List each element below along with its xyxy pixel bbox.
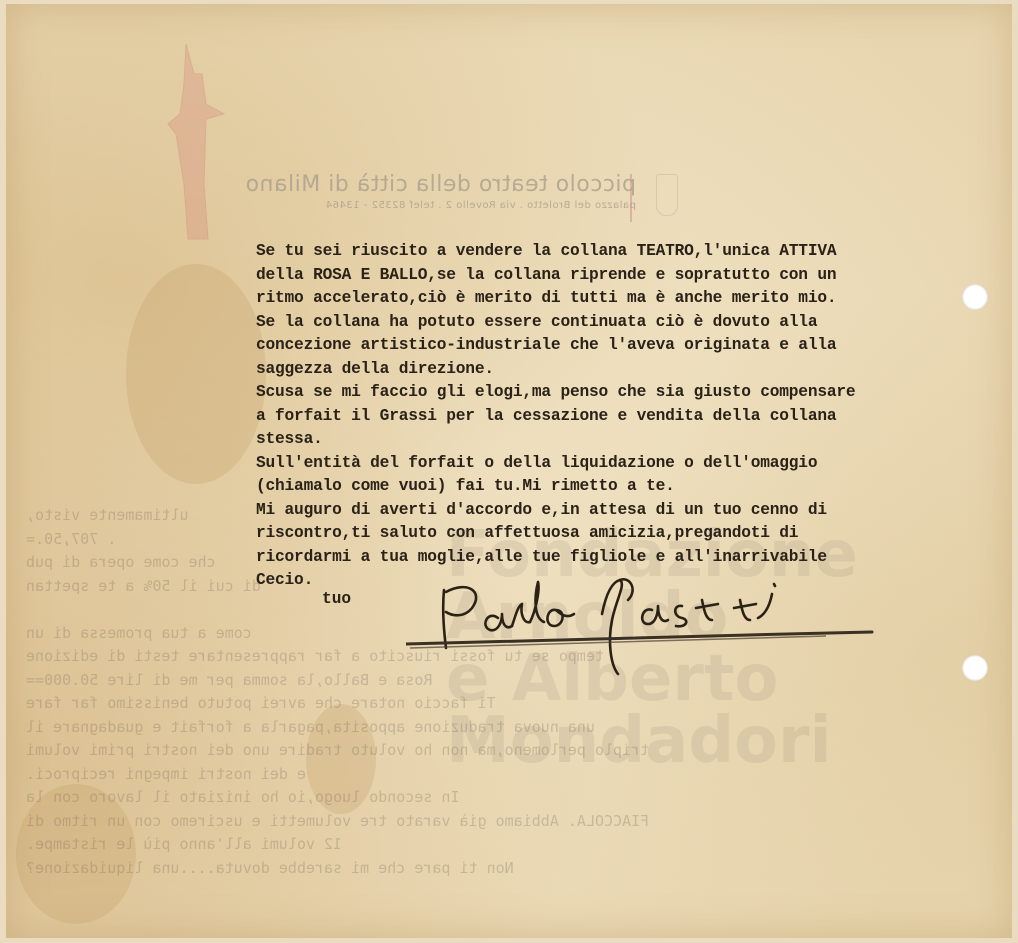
paper-stain: [126, 264, 266, 484]
letter-line: ricordarmi a tua moglie,alle tue figliol…: [256, 546, 936, 570]
binder-hole: [962, 284, 988, 310]
crest-icon: [656, 174, 678, 216]
letterhead-address: palazzo del Broletto . via Rovello 2 . t…: [186, 200, 636, 211]
letter-line: della ROSA E BALLO,se la collana riprend…: [256, 264, 936, 288]
letter-body: Se tu sei riuscito a vendere la collana …: [256, 240, 936, 593]
bleed-line: 12 volumi all'anno più le ristampe.: [26, 833, 766, 857]
letter-line: (chiamalo come vuoi) fai tu.Mi rimetto a…: [256, 475, 936, 499]
letter-page: piccolo teatro della città di Milano pal…: [6, 4, 1012, 938]
letter-line: Sull'entità del forfait o della liquidaz…: [256, 452, 936, 476]
bleed-line: FIACCOLA. Abbiamo già varato tre volumet…: [26, 810, 766, 834]
letter-line: Se la collana ha potuto essere continuat…: [256, 311, 936, 335]
bleed-line: In secondo luogo,io ho iniziato il lavor…: [26, 786, 766, 810]
letter-line: Se tu sei riuscito a vendere la collana …: [256, 240, 936, 264]
letter-line: concezione artistico-industriale che l'a…: [256, 334, 936, 358]
letter-line: a forfait il Grassi per la cessazione e …: [256, 405, 936, 429]
letter-line: Scusa se mi faccio gli elogi,ma penso ch…: [256, 381, 936, 405]
letter-line: riscontro,ti saluto con affettuosa amici…: [256, 522, 936, 546]
letterhead-title: piccolo teatro della città di Milano: [186, 172, 636, 197]
handwritten-signature: [406, 570, 876, 680]
letter-line: Mi auguro di averti d'accordo e,in attes…: [256, 499, 936, 523]
bleed-line: Non ti pare che mi sarebbe dovuta....una…: [26, 857, 766, 881]
letterhead: piccolo teatro della città di Milano pal…: [186, 172, 636, 211]
binder-hole: [962, 655, 988, 681]
letter-line: saggezza della direzione.: [256, 358, 936, 382]
letter-line: stessa.: [256, 428, 936, 452]
pulcinella-figure-icon: [166, 44, 226, 244]
letter-line: ritmo accelerato,ciò è merito di tutti m…: [256, 287, 936, 311]
letter-closing: tuo: [322, 590, 351, 608]
